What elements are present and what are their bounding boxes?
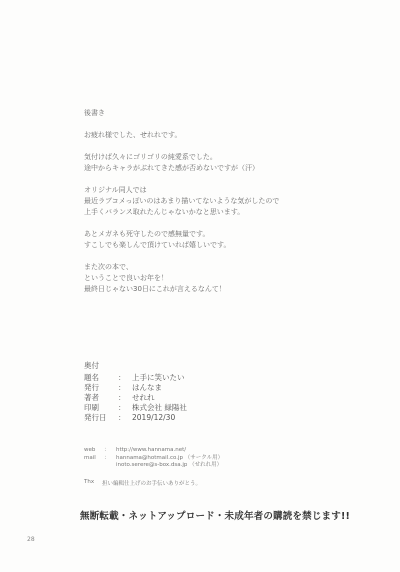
- afterword-line: ということで良いお年を！: [84, 273, 279, 284]
- colophon-row: 印刷：株式会社 緑陽社: [84, 403, 187, 413]
- colophon-row: 発行：はんなま: [84, 383, 187, 393]
- colophon-sep: ：: [118, 393, 132, 403]
- colophon-heading: 奥付: [84, 360, 187, 373]
- colophon-sep: ：: [118, 373, 132, 383]
- thanks-text: 担い編輯仕上げのお手伝いありがとう。: [102, 479, 201, 487]
- colophon-row: 発行日：2019/12/30: [84, 413, 187, 423]
- mail-address: hannama@hotmail.co.jp （サークル用）: [116, 455, 223, 463]
- mail-address: inoto.serere@s-box.dsa.jp （せれれ用）: [116, 462, 222, 470]
- colophon-key: 印刷: [84, 403, 118, 413]
- page-number: 28: [27, 536, 35, 543]
- contact-info: web：http://www.hannama.net/ mail：hannama…: [84, 447, 223, 470]
- colophon-value: 株式会社 緑陽社: [132, 403, 187, 413]
- thanks-line: Thx 担い編輯仕上げのお手伝いありがとう。: [84, 479, 201, 487]
- afterword-heading: 後書き: [84, 108, 279, 119]
- afterword-line: 気付けば久々にゴリゴリの純愛系でした。: [84, 152, 279, 163]
- afterword: 後書き お疲れ様でした、せれれです。 気付けば久々にゴリゴリの純愛系でした。 途…: [84, 108, 279, 295]
- contact-sep: ：: [104, 447, 116, 455]
- contact-row: inoto.serere@s-box.dsa.jp （せれれ用）: [84, 462, 223, 470]
- contact-key: web: [84, 447, 104, 455]
- afterword-line: お疲れ様でした、せれれです。: [84, 130, 279, 141]
- copyright-warning: 無断転載・ネットアップロード・未成年者の購読を禁じます!!: [80, 508, 350, 522]
- afterword-line: 上手くバランス取れたんじゃないかなと思います。: [84, 207, 279, 218]
- contact-sep: ：: [104, 455, 116, 463]
- afterword-line: すこしでも楽しんで頂けていれば嬉しいです。: [84, 240, 279, 251]
- contact-row: mail：hannama@hotmail.co.jp （サークル用）: [84, 455, 223, 463]
- colophon: 奥付 題名：上手に笑いたい 発行：はんなま 著者：せれれ 印刷：株式会社 緑陽社…: [84, 360, 187, 423]
- colophon-value: 2019/12/30: [132, 413, 175, 423]
- colophon-key: 題名: [84, 373, 118, 383]
- colophon-value: 上手に笑いたい: [132, 373, 185, 383]
- web-link: http://www.hannama.net/: [116, 447, 186, 455]
- afterword-line: 途中からキャラがぶれてきた感が否めないですが（汗）: [84, 163, 279, 174]
- afterword-line: あとメガネも死守したので感無量です。: [84, 229, 279, 240]
- colophon-sep: ：: [118, 403, 132, 413]
- colophon-key: 著者: [84, 393, 118, 403]
- colophon-value: せれれ: [132, 393, 155, 403]
- colophon-key: 発行日: [84, 413, 118, 423]
- contact-sep: [104, 462, 116, 470]
- afterword-line: また次の本で、: [84, 262, 279, 273]
- afterword-line: 最近ラブコメっぽいのはあまり描いてないような気がしたので: [84, 196, 279, 207]
- colophon-key: 発行: [84, 383, 118, 393]
- contact-key: [84, 462, 104, 470]
- colophon-sep: ：: [118, 413, 132, 423]
- colophon-row: 著者：せれれ: [84, 393, 187, 403]
- afterword-line: 最終日じゃない30日にこれが言えるなんて！: [84, 284, 279, 295]
- colophon-value: はんなま: [132, 383, 162, 393]
- contact-key: mail: [84, 455, 104, 463]
- contact-row: web：http://www.hannama.net/: [84, 447, 223, 455]
- colophon-row: 題名：上手に笑いたい: [84, 373, 187, 383]
- colophon-sep: ：: [118, 383, 132, 393]
- thanks-key: Thx: [84, 479, 102, 487]
- afterword-line: オリジナル同人では: [84, 185, 279, 196]
